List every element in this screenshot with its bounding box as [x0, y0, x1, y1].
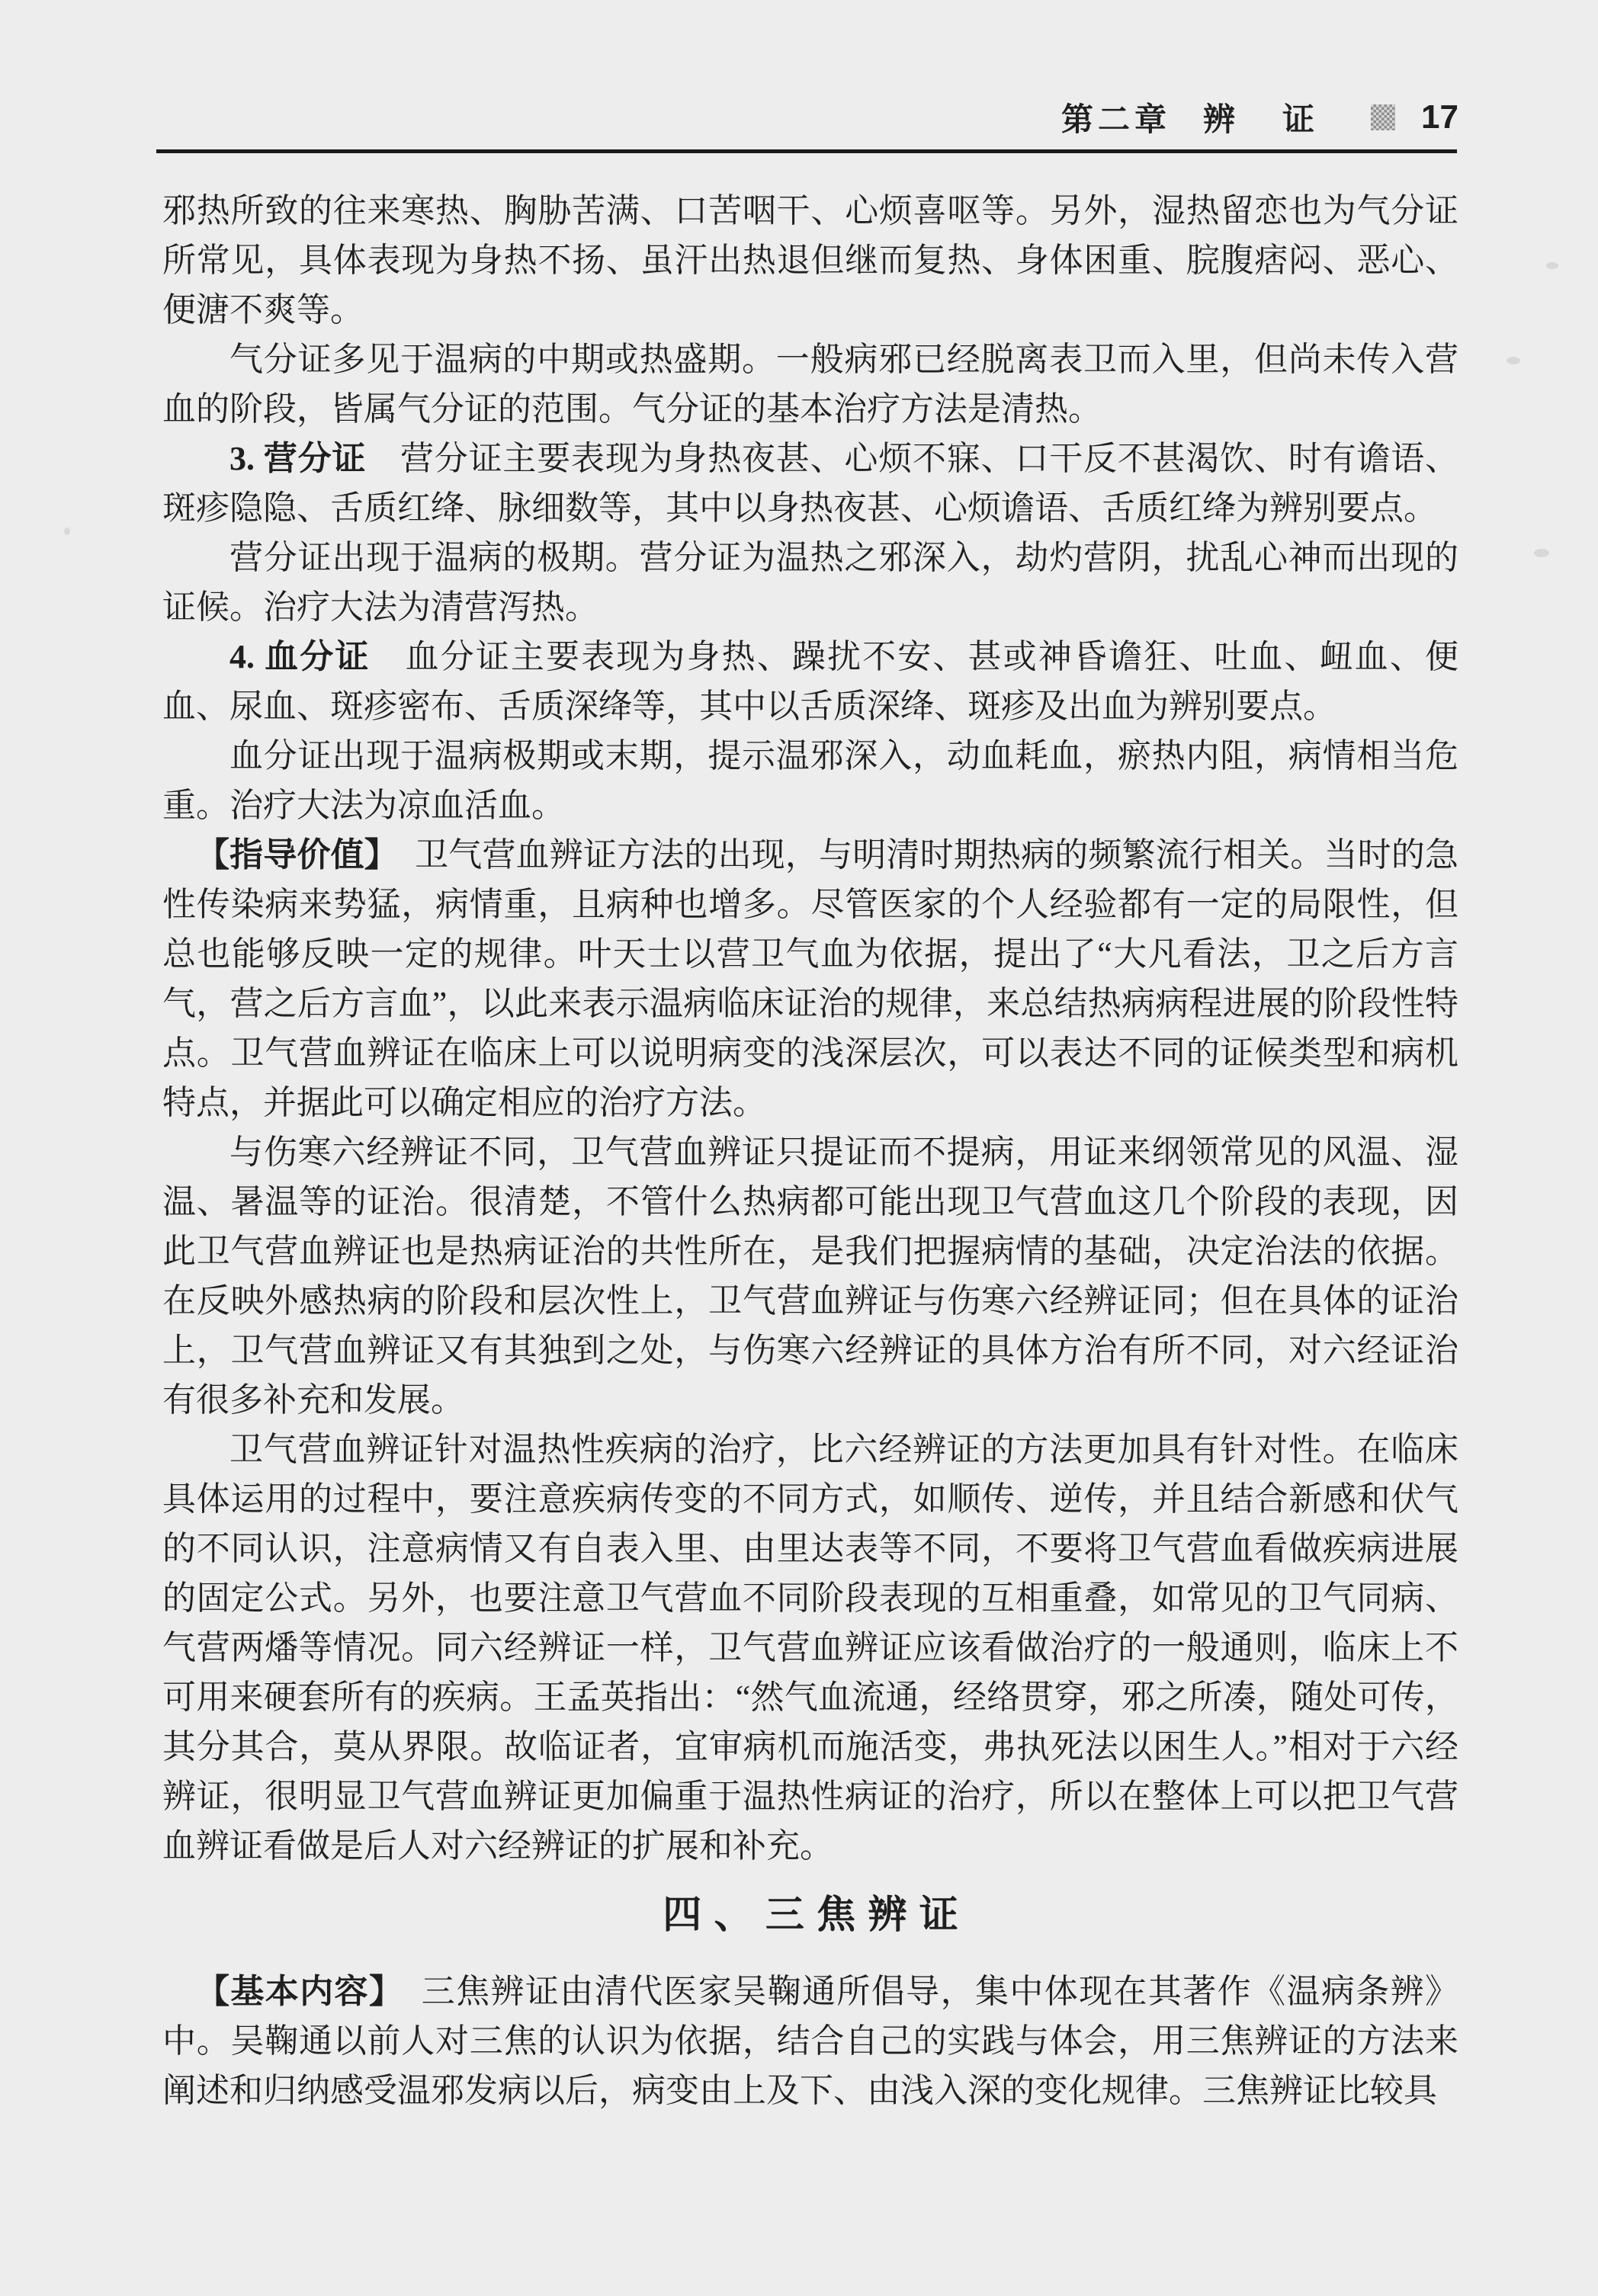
- chapter-title: 辨 证: [1203, 95, 1322, 140]
- section-heading: 四、三焦辨证: [162, 1889, 1458, 1942]
- paragraph-text: 气分证多见于温病的中期或热盛期。一般病邪已经脱离表卫而入里，但尚未传入营血的阶段…: [162, 341, 1458, 428]
- paragraph: 【基本内容】 三焦辨证由清代医家吴鞠通所倡导，集中体现在其著作《温病条辨》中。吴…: [162, 1967, 1458, 2115]
- paragraph: 邪热所致的往来寒热、胸胁苦满、口苦咽干、心烦喜呕等。另外，湿热留恋也为气分证所常…: [162, 186, 1458, 335]
- paragraph-text: 卫气营血辨证针对温热性疾病的治疗，比六经辨证的方法更加具有针对性。在临床具体运用…: [162, 1431, 1458, 1865]
- paragraph: 【指导价值】 卫气营血辨证方法的出现，与明清时期热病的频繁流行相关。当时的急性传…: [162, 830, 1458, 1127]
- page-header: 第二章 辨 证 17: [162, 95, 1458, 140]
- paragraph-label: 【指导价值】: [196, 836, 381, 874]
- paragraph: 4. 血分证 血分证主要表现为身热、躁扰不安、甚或神昏谵狂、吐血、衄血、便血、尿…: [162, 632, 1458, 731]
- scan-speck: [64, 528, 70, 535]
- scan-speck: [1507, 357, 1520, 364]
- paragraph-text: 营分证出现于温病的极期。营分证为温热之邪深入，劫灼营阴，扰乱心神而出现的证候。治…: [162, 539, 1458, 626]
- chapter-label: 第二章: [1061, 95, 1171, 140]
- paragraph: 3. 营分证 营分证主要表现为身热夜甚、心烦不寐、口干反不甚渴饮、时有谵语、斑疹…: [162, 434, 1458, 533]
- page-number: 17: [1421, 98, 1458, 136]
- paragraph-text: 邪热所致的往来寒热、胸胁苦满、口苦咽干、心烦喜呕等。另外，湿热留恋也为气分证所常…: [162, 192, 1458, 329]
- paragraph-text: 血分证出现于温病极期或末期，提示温邪深入，动血耗血，瘀热内阻，病情相当危重。治疗…: [162, 737, 1458, 824]
- paragraph-label: 【基本内容】: [196, 1973, 387, 2010]
- paragraph-label: 4. 血分证: [229, 638, 370, 675]
- paragraph-text: 卫气营血辨证方法的出现，与明清时期热病的频繁流行相关。当时的急性传染病来势猛，病…: [162, 836, 1458, 1121]
- halftone-square-icon: [1371, 104, 1395, 130]
- scan-speck: [1534, 549, 1549, 557]
- body-content: 邪热所致的往来寒热、胸胁苦满、口苦咽干、心烦喜呕等。另外，湿热留恋也为气分证所常…: [162, 186, 1458, 2115]
- scanned-book-page: 第二章 辨 证 17 邪热所致的往来寒热、胸胁苦满、口苦咽干、心烦喜呕等。另外，…: [0, 0, 1598, 2296]
- paragraph-text: 与伤寒六经辨证不同，卫气营血辨证只提证而不提病，用证来纲领常见的风温、湿温、暑温…: [162, 1134, 1458, 1419]
- paragraph-label: 3. 营分证: [229, 440, 366, 477]
- paragraph: 卫气营血辨证针对温热性疾病的治疗，比六经辨证的方法更加具有针对性。在临床具体运用…: [162, 1425, 1458, 1871]
- paragraph: 营分证出现于温病的极期。营分证为温热之邪深入，劫灼营阴，扰乱心神而出现的证候。治…: [162, 533, 1458, 632]
- paragraph: 血分证出现于温病极期或末期，提示温邪深入，动血耗血，瘀热内阻，病情相当危重。治疗…: [162, 731, 1458, 830]
- paragraph: 气分证多见于温病的中期或热盛期。一般病邪已经脱离表卫而入里，但尚未传入营血的阶段…: [162, 335, 1458, 434]
- header-rule: [156, 149, 1457, 153]
- paragraph: 与伤寒六经辨证不同，卫气营血辨证只提证而不提病，用证来纲领常见的风温、湿温、暑温…: [162, 1127, 1458, 1425]
- scan-speck: [1546, 262, 1558, 269]
